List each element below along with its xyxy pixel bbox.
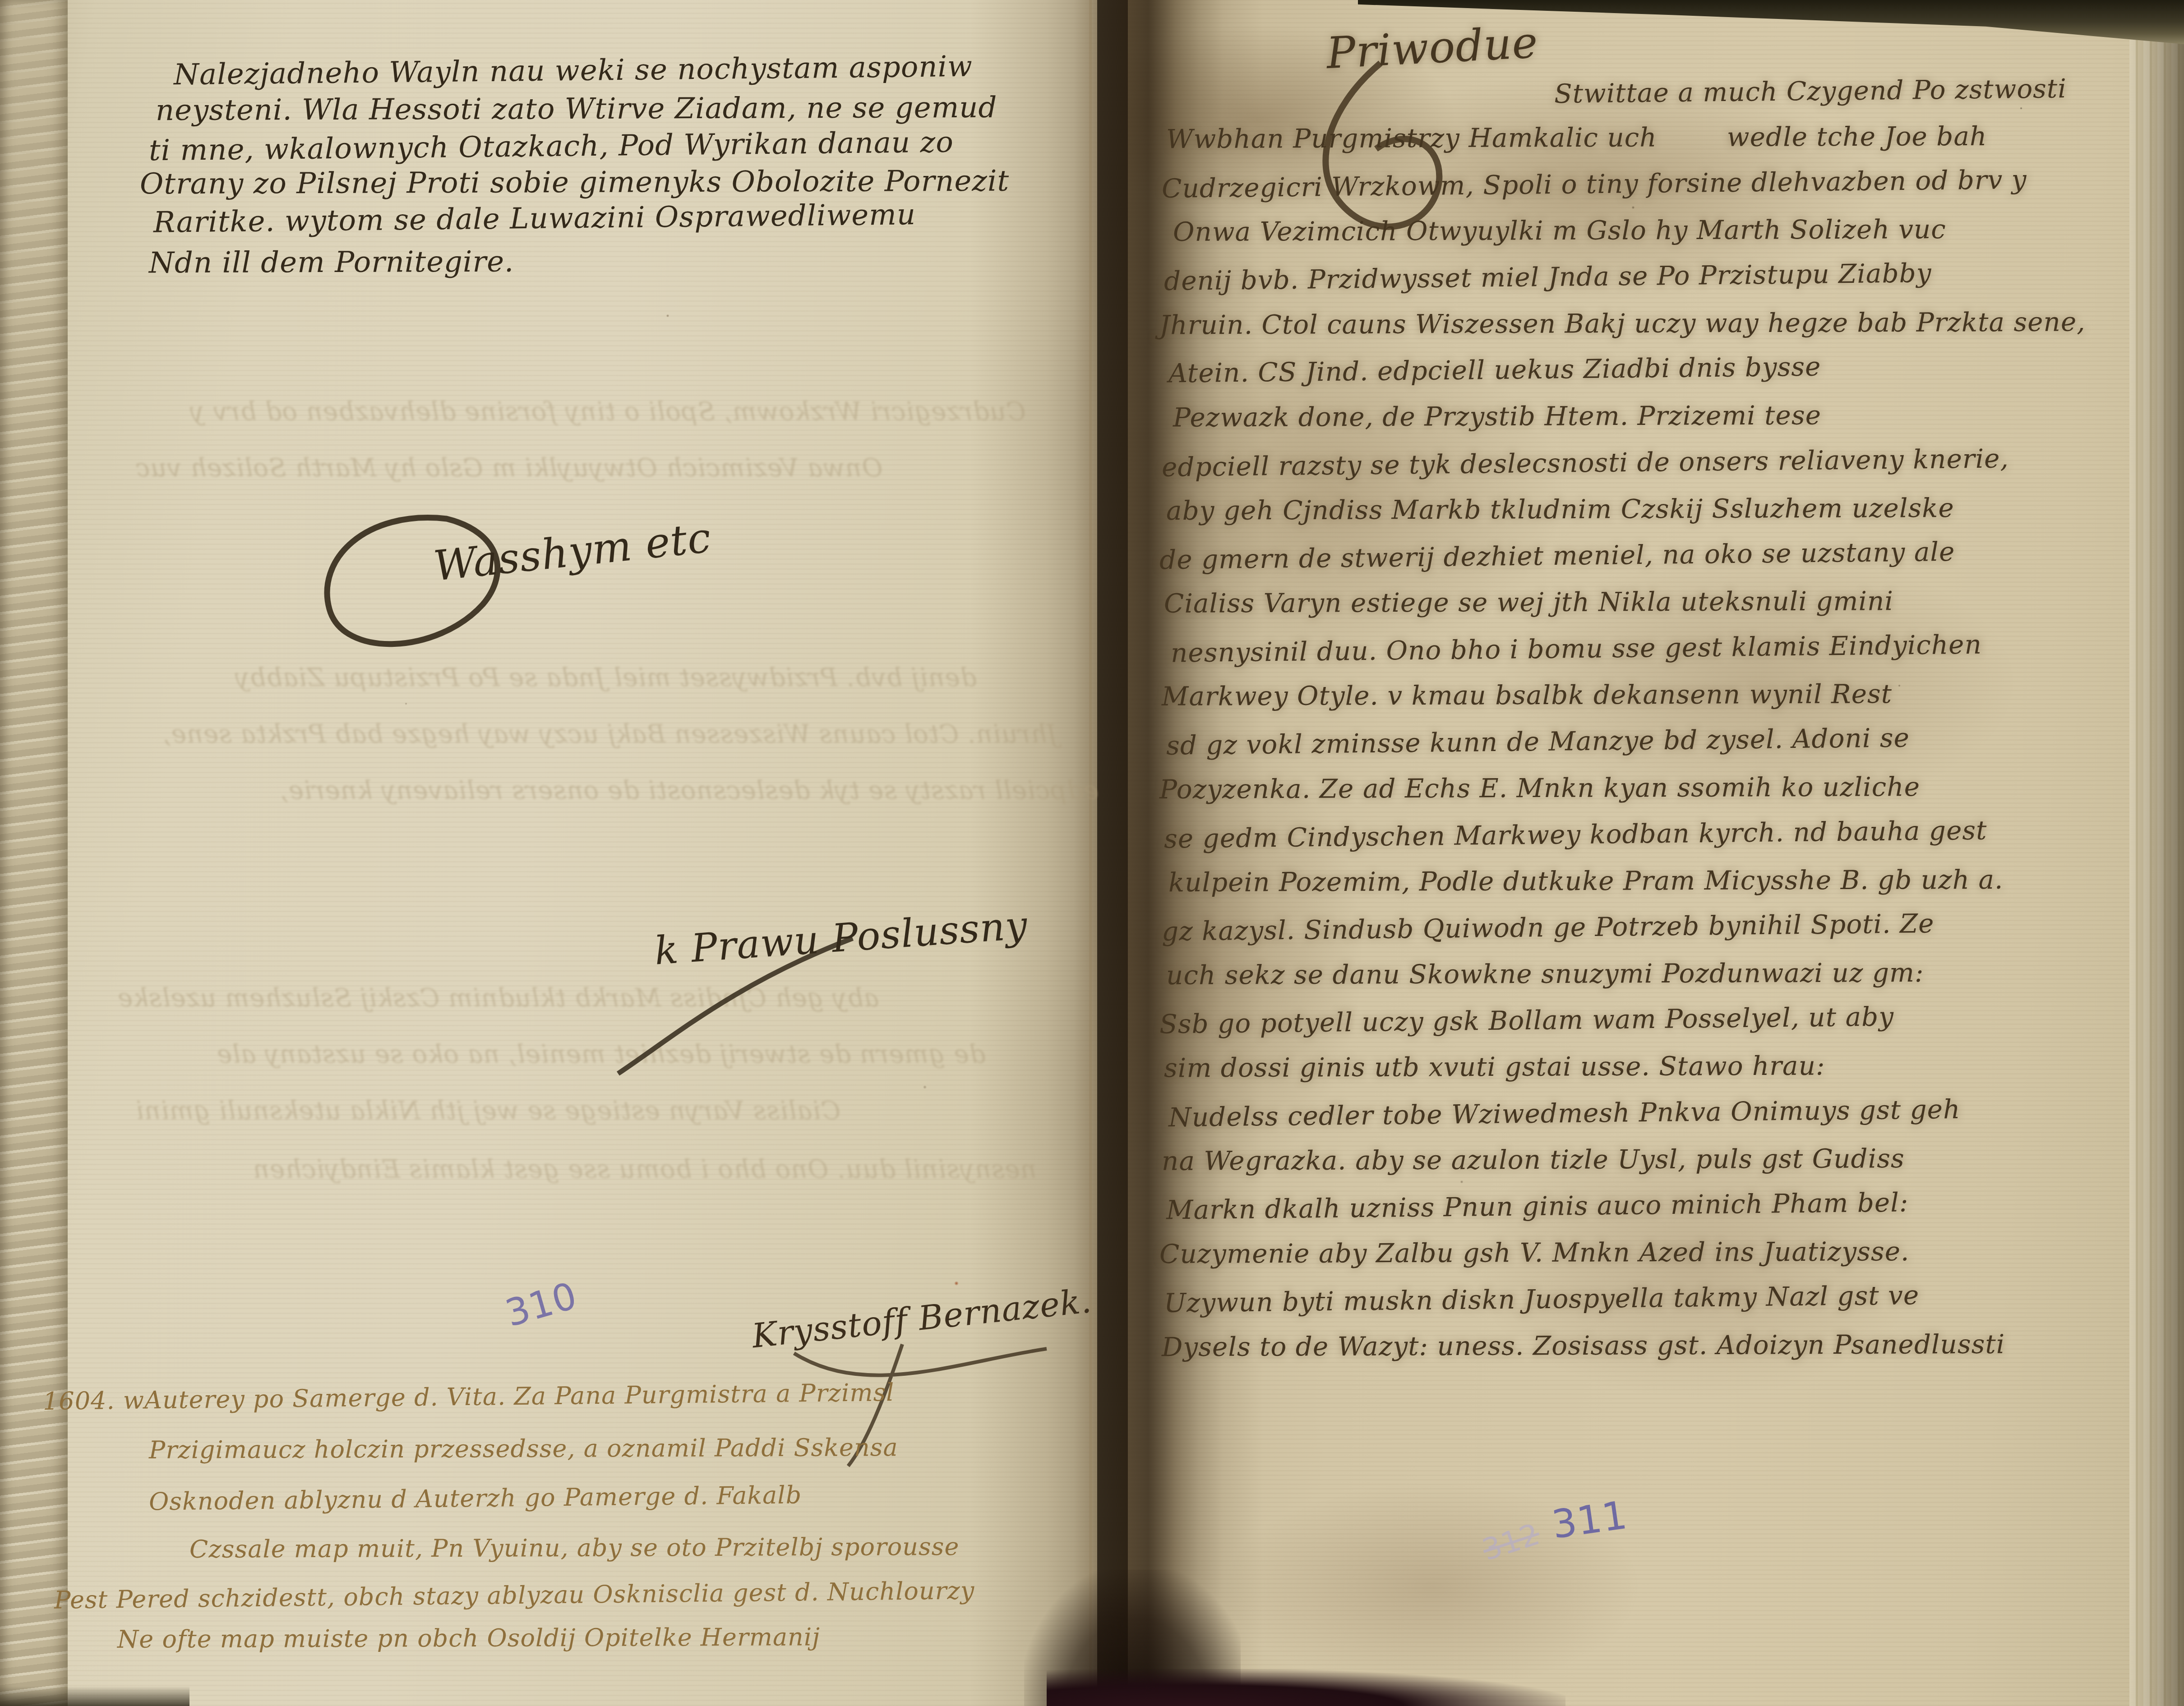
manuscript-photo: Cudrzegicri Wrzkowm, Spoli o tiny forsin… xyxy=(0,0,2184,1706)
paper-flecks xyxy=(0,0,2184,1706)
